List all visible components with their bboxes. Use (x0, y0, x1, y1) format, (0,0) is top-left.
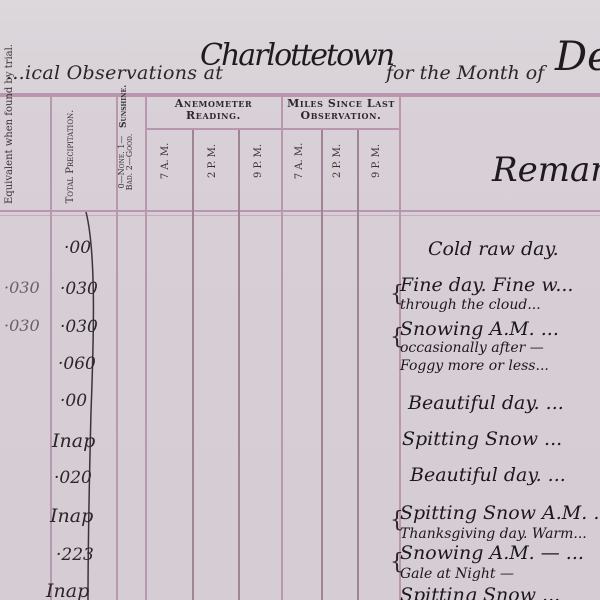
sunshine-scale: 0—None. 1—Bad. 2—Good. (118, 132, 134, 192)
column-divider (145, 96, 147, 600)
group-header-rule (146, 128, 400, 130)
miles-2pm: 2 P. M. (332, 136, 343, 186)
precip-value: ·020 (54, 468, 92, 488)
miles-7am: 7 A. M. (294, 136, 305, 186)
remark-continued: Gale at Night — (400, 566, 514, 582)
equivalent-value: ·030 (4, 316, 40, 335)
title-place: Charlottetown (200, 38, 393, 73)
anemometer-9pm: 9 P. M. (253, 136, 264, 186)
anemometer-7am: 7 A. M. (160, 136, 171, 186)
precip-value: ·030 (60, 279, 98, 299)
remark: Spitting Snow ... (400, 584, 560, 600)
precip-value: ·00 (60, 391, 87, 411)
remark: Snowing A.M. — ... (400, 542, 584, 564)
remark: Spitting Snow ... (402, 428, 562, 450)
precip-value: ·223 (56, 545, 94, 565)
equivalent-value: ·030 (4, 278, 40, 297)
remark: Beautiful day. ... (408, 392, 564, 414)
title-month: De... (555, 34, 600, 80)
header-equivalent: Equivalent when found by trial. (4, 104, 16, 204)
title-prefix: ...ical Observations at (6, 62, 223, 84)
remark: Spitting Snow A.M. ... (400, 502, 600, 524)
precip-value: ·060 (58, 354, 96, 374)
column-divider (281, 96, 283, 600)
header-anemometer-reading: Anemometer Reading. (146, 98, 281, 122)
precip-value: ·030 (60, 317, 98, 337)
precip-value: Inap (46, 580, 89, 600)
ledger-page: ...ical Observations at Charlottetown fo… (0, 0, 600, 600)
remark: Cold raw day. (428, 238, 559, 260)
page-title: ...ical Observations at Charlottetown fo… (0, 52, 600, 92)
column-divider (238, 130, 240, 600)
header-miles-since-last-label: Miles Since Last Observation. (282, 98, 400, 122)
miles-9pm: 9 P. M. (371, 136, 382, 186)
precip-value: Inap (52, 430, 95, 452)
column-divider (357, 130, 359, 600)
column-divider (321, 130, 323, 600)
remark: Fine day. Fine w... (400, 274, 573, 296)
column-divider (192, 130, 194, 600)
remark-continued: through the cloud... (400, 297, 541, 313)
title-for-month: for the Month of (386, 62, 544, 84)
header-total-precipitation: Total Precipitation. (64, 109, 78, 204)
remark-continued: Thanksgiving day. Warm... (400, 526, 587, 542)
remark: Snowing A.M. ... (400, 318, 559, 340)
remarks-heading: Remarks (492, 150, 600, 190)
remark: Foggy more or less... (400, 358, 549, 374)
precip-value: Inap (50, 505, 93, 527)
precip-value: ·00 (64, 238, 91, 258)
anemometer-2pm: 2 P. M. (207, 136, 218, 186)
header-sunshine: Sunshine. (119, 96, 129, 128)
remark: Beautiful day. ... (410, 464, 566, 486)
remark-continued: occasionally after — (400, 340, 544, 356)
